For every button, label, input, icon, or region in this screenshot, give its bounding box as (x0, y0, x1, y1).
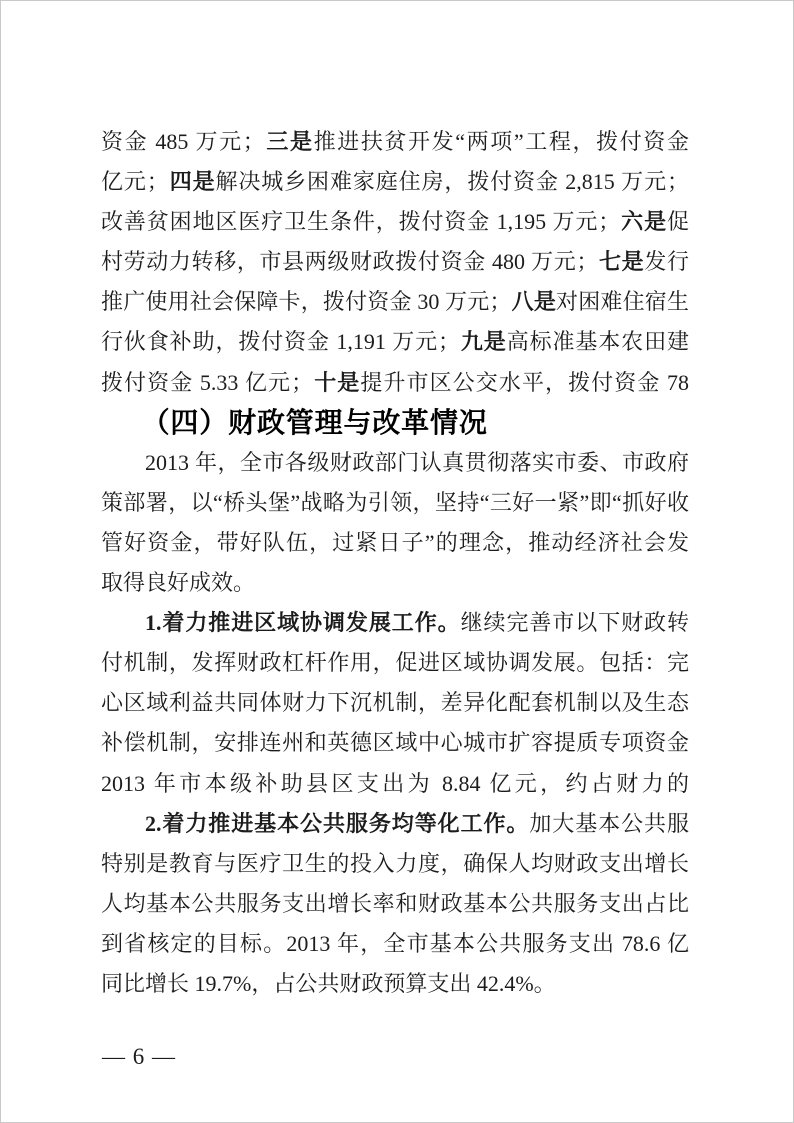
text-line: 村劳动力转移，市县两级财政拨付资金 480 万元；七是发行和 (101, 242, 689, 282)
text-line: 人均基本公共服务支出增长率和财政基本公共服务支出占比达 (101, 884, 689, 924)
text-line: 2013 年市本级补助县区支出为 8.84 亿元，约占财力的 25.3%。 (101, 764, 689, 804)
text-run: 推广使用社会保障卡，拨付资金 30 万元； (101, 289, 511, 314)
text-line: 付机制，发挥财政杠杆作用，促进区域协调发展。包括：完善中 (101, 643, 689, 683)
text-run: 人均基本公共服务支出增长率和财政基本公共服务支出占比达 (101, 891, 689, 924)
text-line: 行伙食补助，拨付资金 1,191 万元；九是高标准基本农田建设， (101, 322, 689, 362)
text-run: 特别是教育与医疗卫生的投入力度，确保人均财政支出增长率、 (101, 851, 689, 884)
document-page: 资金 485 万元；三是推进扶贫开发“两项”工程，拨付资金 1.98亿元；四是解… (0, 0, 794, 1123)
text-run: 到省核定的目标。2013 年，全市基本公共服务支出 78.6 亿元， (101, 931, 689, 964)
text-run: 同比增长 19.7%，占公共财政预算支出 42.4%。 (101, 971, 556, 996)
paragraph-ten-measures: 资金 485 万元；三是推进扶贫开发“两项”工程，拨付资金 1.98亿元；四是解… (101, 122, 689, 403)
text-run: 取得良好成效。 (101, 570, 255, 595)
text-run: 2013 年市本级补助县区支出为 8.84 亿元，约占财力的 25.3%。 (101, 771, 689, 804)
paragraph-public-service-equalization: 2.着力推进基本公共服务均等化工作。加大基本公共服务特别是教育与医疗卫生的投入力… (101, 804, 689, 1004)
section-heading: （四）财政管理与改革情况 (101, 403, 689, 443)
text-line: 同比增长 19.7%，占公共财政预算支出 42.4%。 (101, 964, 689, 1004)
text-line: 补偿机制，安排连州和英德区域中心城市扩容提质专项资金等。 (101, 723, 689, 763)
bold-text-run: 四是 (169, 169, 216, 194)
text-run: 策部署，以“桥头堡”战略为引领，坚持“三好一紧”即“抓好收入， (101, 490, 689, 523)
text-run: 亿元； (101, 169, 169, 194)
bold-text-run: 七是 (598, 249, 644, 274)
text-line: 1.着力推进区域协调发展工作。继续完善市以下财政转移支 (101, 603, 689, 643)
text-run: 付机制，发挥财政杠杆作用，促进区域协调发展。包括：完善中 (101, 650, 689, 683)
bold-text-run: 十是 (313, 370, 360, 395)
text-line: 策部署，以“桥头堡”战略为引领，坚持“三好一紧”即“抓好收入， (101, 483, 689, 523)
paragraph-regional-coordination: 1.着力推进区域协调发展工作。继续完善市以下财政转移支付机制，发挥财政杠杆作用，… (101, 603, 689, 803)
text-run: 改善贫困地区医疗卫生条件，拨付资金 1,195 万元； (101, 209, 620, 234)
bold-text-run: 1.着力推进区域协调发展工作。 (145, 610, 461, 635)
text-run: 资金 485 万元； (101, 129, 265, 154)
page-number: — 6 — (102, 1044, 176, 1070)
text-line: 2.着力推进基本公共服务均等化工作。加大基本公共服务 (101, 804, 689, 844)
bold-text-run: 八是 (511, 289, 556, 314)
text-line: 取得良好成效。 (101, 563, 689, 603)
bold-text-run: 六是 (620, 209, 667, 234)
text-line: 资金 485 万元；三是推进扶贫开发“两项”工程，拨付资金 1.98 (101, 122, 689, 162)
text-line: 特别是教育与医疗卫生的投入力度，确保人均财政支出增长率、 (101, 844, 689, 884)
text-run: 2013 年，全市各级财政部门认真贯彻落实市委、市政府决 (101, 450, 689, 483)
document-body: 资金 485 万元；三是推进扶贫开发“两项”工程，拨付资金 1.98亿元；四是解… (101, 122, 689, 1004)
bold-text-run: 三是 (265, 129, 314, 154)
text-line: 到省核定的目标。2013 年，全市基本公共服务支出 78.6 亿元， (101, 924, 689, 964)
text-run: 解决城乡困难家庭住房，拨付资金 2,815 万元； (215, 169, 689, 194)
bold-text-run: （四）财政管理与改革情况 (142, 407, 488, 438)
text-run: 村劳动力转移，市县两级财政拨付资金 480 万元； (101, 249, 598, 274)
bold-text-run: 2.着力推进基本公共服务均等化工作。 (145, 811, 529, 836)
text-run: 行伙食补助，拨付资金 1,191 万元； (101, 329, 460, 354)
text-run: 补偿机制，安排连州和英德区域中心城市扩容提质专项资金等。 (101, 730, 689, 763)
text-line: 拨付资金 5.33 亿元；十是提升市区公交水平，拨付资金 78 万元。 (101, 363, 689, 403)
text-run: 心区域利益共同体财力下沉机制，差异化配套机制以及生态保护 (101, 690, 689, 723)
bold-text-run: 九是 (460, 329, 507, 354)
text-line: 2013 年，全市各级财政部门认真贯彻落实市委、市政府决 (101, 443, 689, 483)
paragraph-2013-overview: 2013 年，全市各级财政部门认真贯彻落实市委、市政府决策部署，以“桥头堡”战略… (101, 443, 689, 603)
text-line: 管好资金，带好队伍，过紧日子”的理念，推动经济社会发展， (101, 523, 689, 563)
text-run: 管好资金，带好队伍，过紧日子”的理念，推动经济社会发展， (101, 530, 689, 563)
text-line: （四）财政管理与改革情况 (101, 403, 689, 443)
text-line: 改善贫困地区医疗卫生条件，拨付资金 1,195 万元；六是促进农 (101, 202, 689, 242)
text-line: 心区域利益共同体财力下沉机制，差异化配套机制以及生态保护 (101, 683, 689, 723)
text-run: 拨付资金 5.33 亿元； (101, 370, 313, 395)
text-line: 推广使用社会保障卡，拨付资金 30 万元；八是对困难住宿生进 (101, 282, 689, 322)
text-line: 亿元；四是解决城乡困难家庭住房，拨付资金 2,815 万元；五是 (101, 162, 689, 202)
